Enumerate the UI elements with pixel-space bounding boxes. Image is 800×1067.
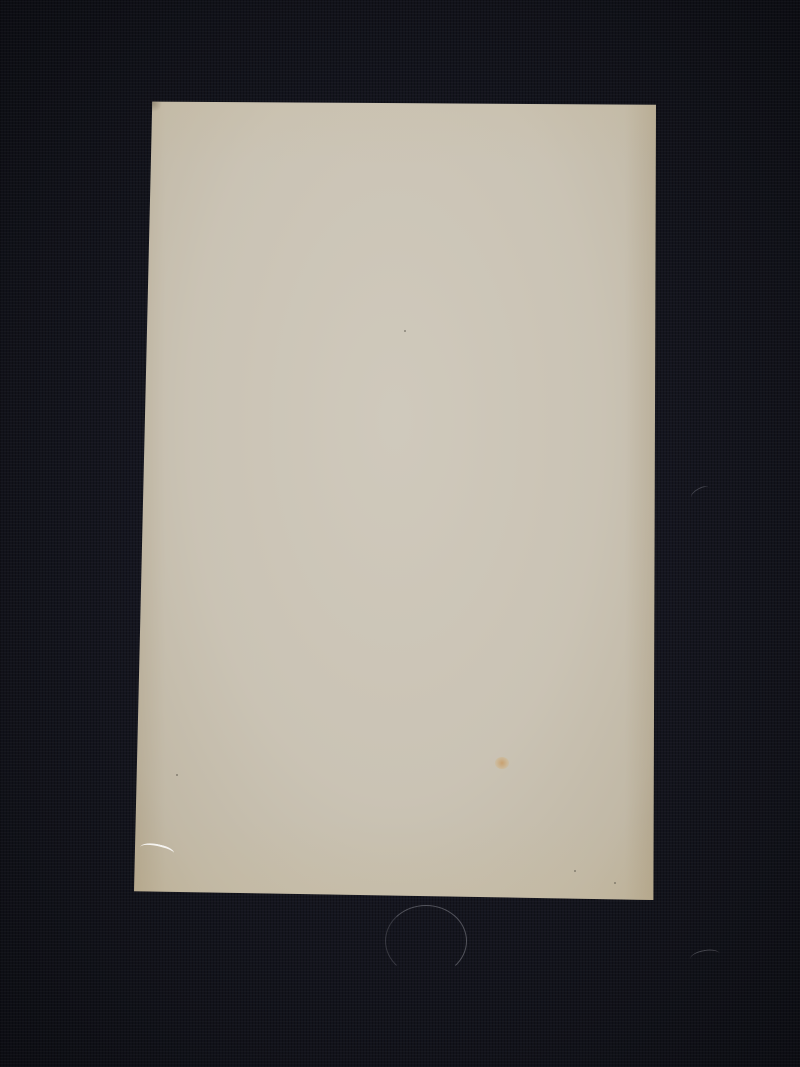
speck (614, 882, 616, 884)
blank-card (134, 100, 656, 900)
fabric-lint-thread (689, 484, 711, 502)
speck (176, 774, 178, 776)
card-edge-discoloration (134, 100, 656, 900)
fabric-lint-thread (385, 905, 467, 977)
crease-mark (139, 840, 175, 860)
stain-spot (495, 757, 509, 769)
corner-wear-mark (150, 100, 162, 112)
speck (404, 330, 406, 332)
speck (574, 870, 576, 872)
fabric-lint-thread (689, 947, 721, 965)
fabric-background (0, 0, 800, 1067)
